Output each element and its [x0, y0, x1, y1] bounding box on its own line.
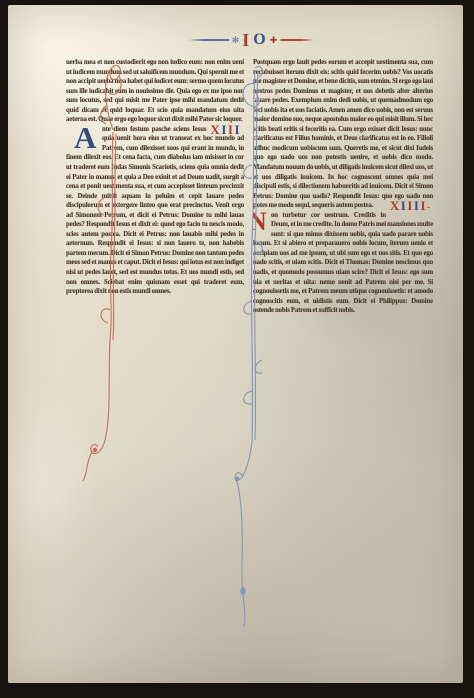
right-text-after-chapter: on turbetur cor uestrum. Creditis in Deu…: [253, 212, 433, 314]
left-column-paragraph-john12: uerba mea et non custodierit ego non iud…: [66, 58, 244, 125]
header-red-cross-icon: ✚: [270, 36, 278, 45]
left-column-paragraph-john13: Ante diem festum pasche sciens Iesus qui…: [66, 125, 244, 297]
header-blue-cross-icon: ✻: [232, 36, 240, 45]
text-column-left: uerba mea et non custodierit ego non iud…: [66, 58, 244, 488]
running-title: ✻ I O ✚: [189, 32, 315, 48]
right-text-before-chapter: Postquam ergo lauit pedes eorum et accep…: [253, 59, 433, 209]
left-text-before-chapter: uerba mea et non custodierit ego non iud…: [66, 59, 244, 123]
chapter-numeral-xiiii: XIIII-: [390, 201, 430, 212]
photo-background: ✻ I O ✚ uerba mea et non custodierit ego…: [0, 0, 474, 698]
running-title-letter-i: I: [242, 32, 250, 48]
header-flourish-line-right-icon: [280, 39, 314, 41]
parchment-leaf: ✻ I O ✚ uerba mea et non custodierit ego…: [8, 5, 463, 683]
illuminated-initial-n: N: [253, 211, 269, 233]
chapter-numeral-xiii: XIII: [210, 125, 241, 134]
text-column-right: Postquam ergo lauit pedes eorum et accep…: [253, 58, 433, 488]
right-column-paragraph-john13: Postquam ergo lauit pedes eorum et accep…: [253, 58, 433, 211]
illuminated-initial-a: A: [74, 125, 100, 151]
running-title-letter-o: O: [253, 32, 266, 48]
right-column-paragraph-john14: Non turbetur cor uestrum. Creditis in De…: [253, 211, 433, 316]
header-flourish-line-left-icon: [189, 39, 229, 41]
